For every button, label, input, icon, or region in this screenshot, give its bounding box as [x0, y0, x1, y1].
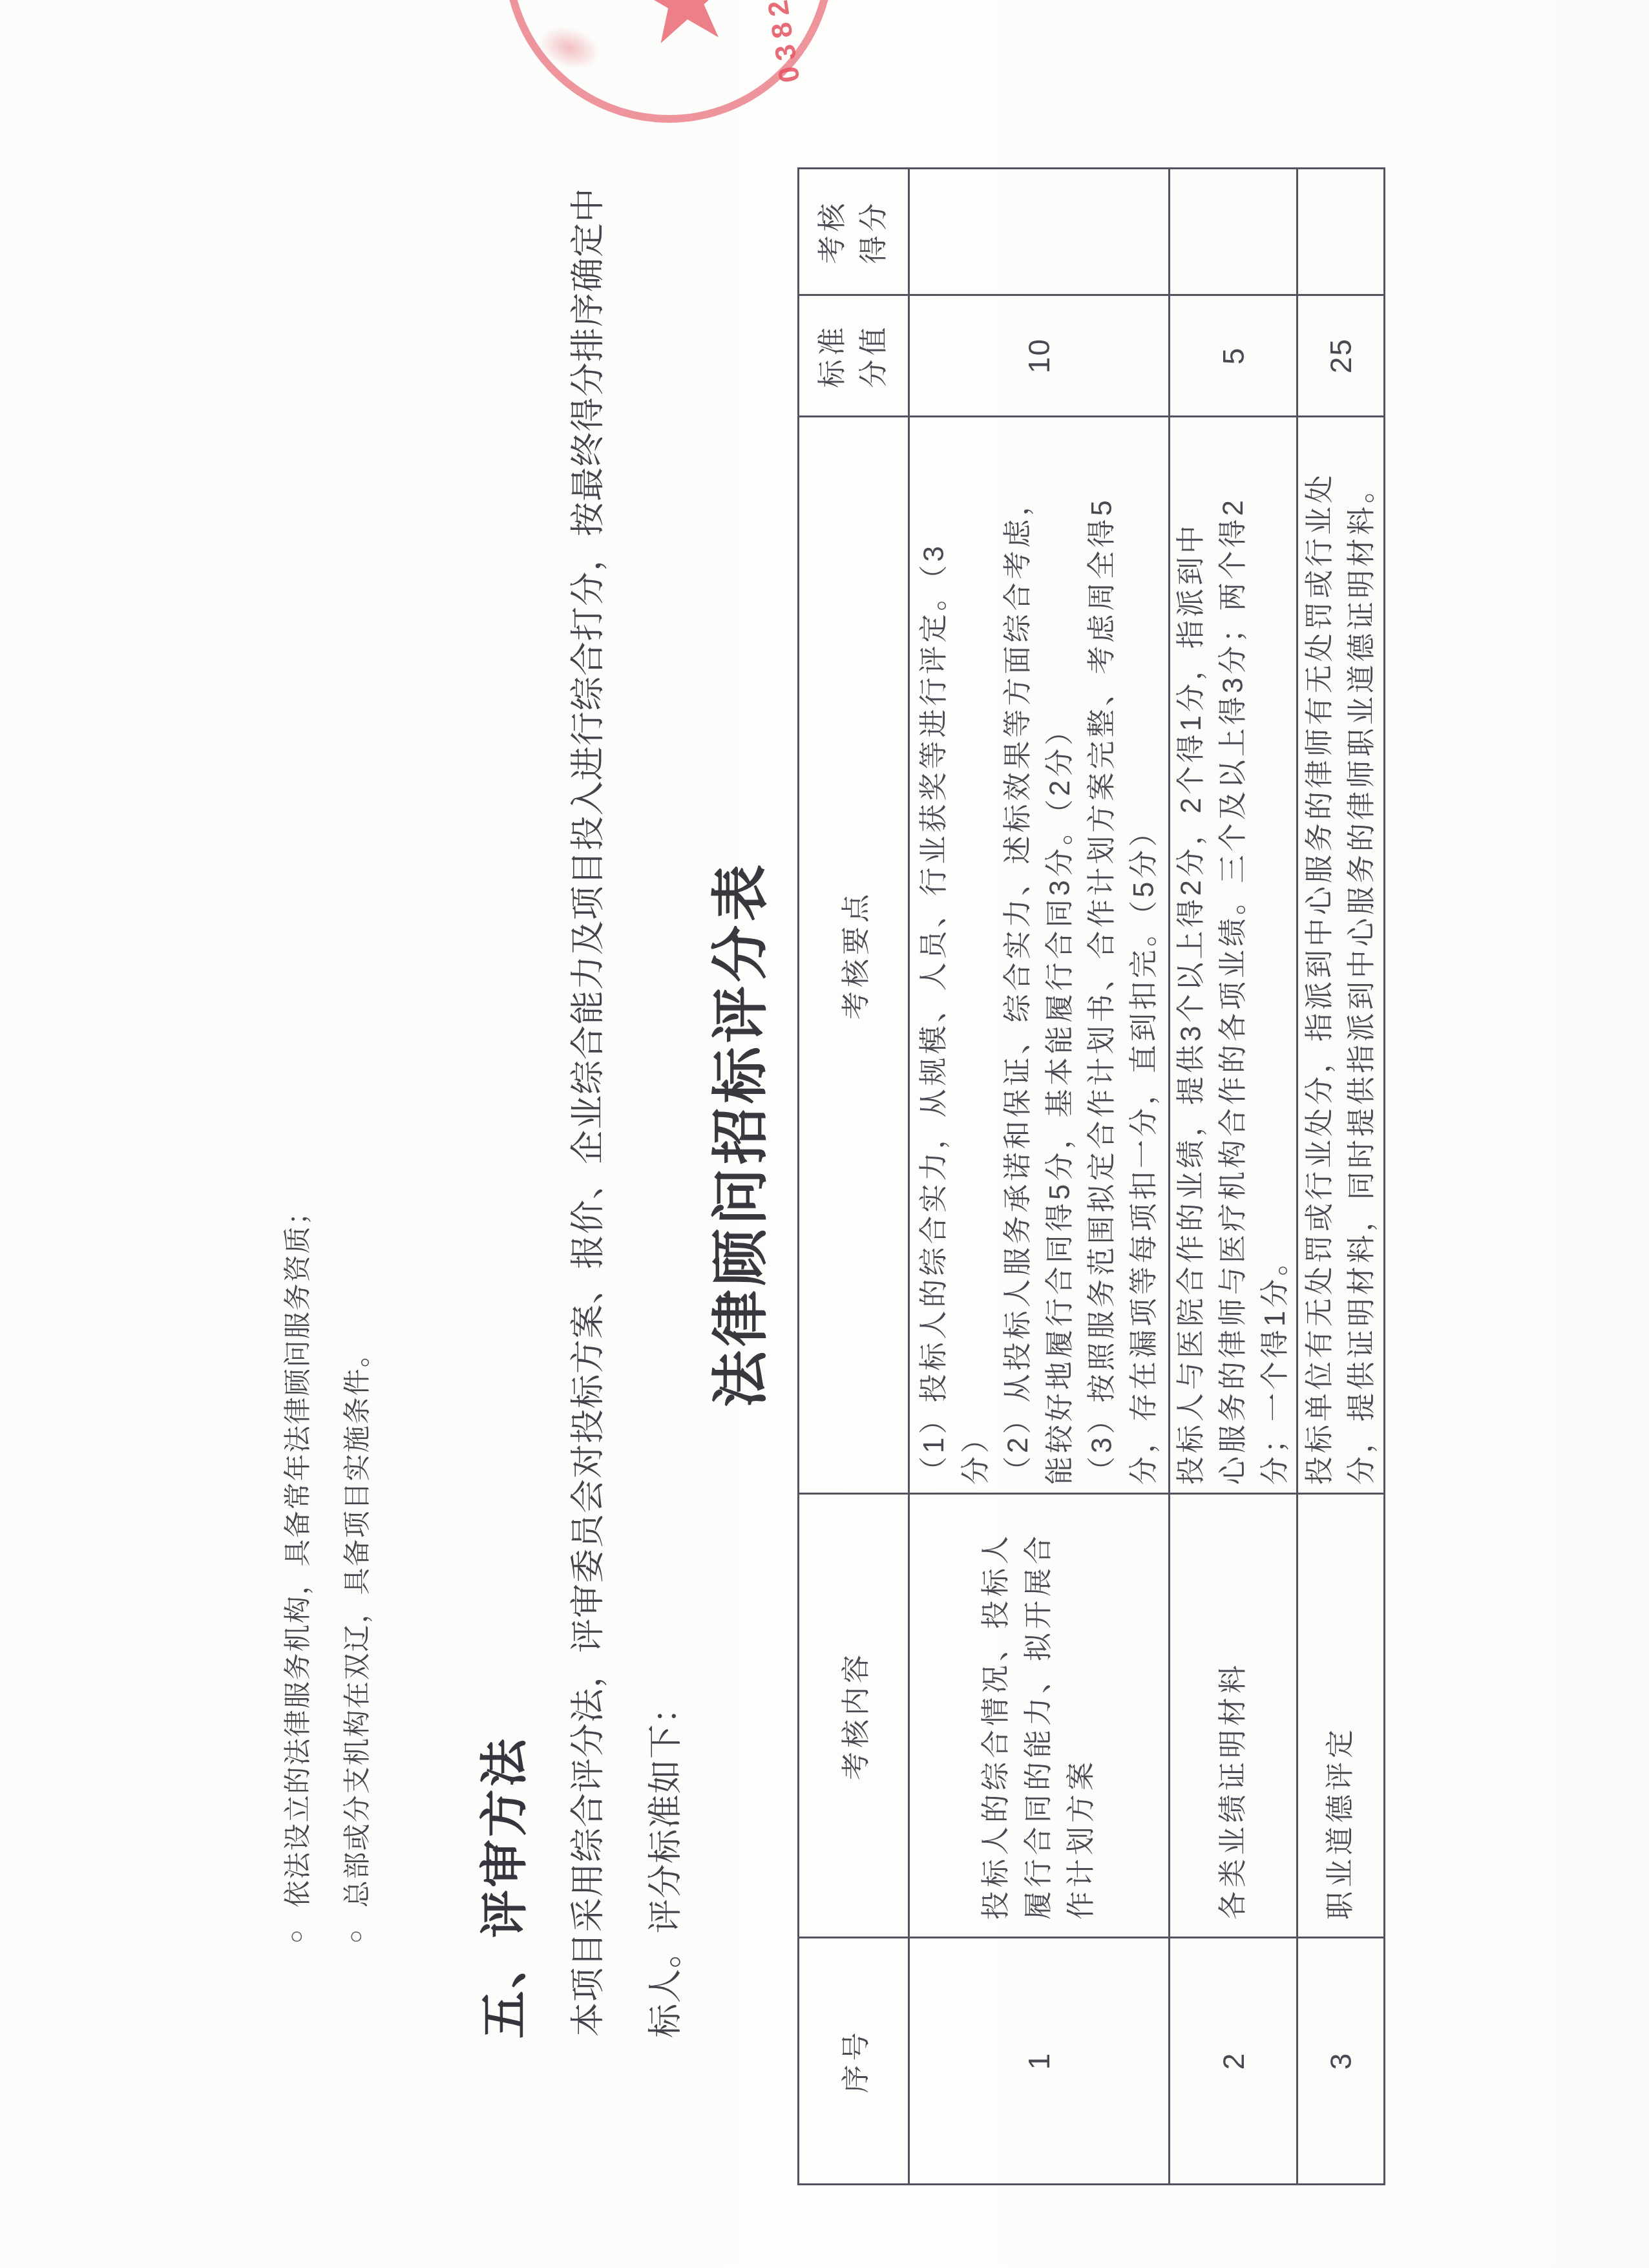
content-line: 作计划方案 — [1060, 1495, 1103, 1920]
point-line: （3）按照服务范围拟定合作计划书、合作计划方案完整、考虑周全得5 — [1081, 417, 1123, 1485]
table-header-row: 序号 考核内容 考核要点 标准 分值 考核 得分 — [799, 169, 909, 2185]
row-result — [1170, 169, 1297, 295]
circle-bullet-icon: ○ — [344, 1929, 367, 1944]
row-index: 1 — [909, 1938, 1170, 2185]
bullet-text: 总部或分支机构在双辽，具备项目实施条件。 — [336, 1339, 375, 1907]
header-result-line: 考核 — [812, 169, 854, 294]
bullet-item-2: ○ 总部或分支机构在双辽，具备项目实施条件。 — [336, 1339, 375, 1944]
row-score: 10 — [909, 295, 1170, 417]
point-line: 分；一个得1分。 — [1254, 417, 1296, 1485]
row-content: 各类业绩证明材料 — [1170, 1494, 1297, 1938]
point-line: 分，提供证明材料，同时提供指派到中心服务的律师职业道德证明材料。 — [1341, 417, 1383, 1485]
circle-bullet-icon: ○ — [284, 1929, 308, 1944]
table-row: 3 职业道德评定 投标单位有无处罚或行业处分，指派到中心服务的律师有无处罚或行业… — [1297, 169, 1385, 2185]
row-result — [1297, 169, 1385, 295]
content-line: 履行合同的能力、拟开展合 — [1018, 1495, 1060, 1920]
paragraph-line: 本项目采用综合评分法，评审委员会对投标方案、报价、企业综合能力及项目投入进行综合… — [561, 187, 610, 2037]
row-points: （1）投标人的综合实力，从规模、人员、行业获奖等进行评定。（3 分） （2）从投… — [909, 417, 1170, 1494]
point-line: （1）投标人的综合实力，从规模、人员、行业获奖等进行评定。（3 — [913, 417, 955, 1485]
table-row: 2 各类业绩证明材料 投标人与医院合作的业绩，提供3个以上得2分，2个得1分，指… — [1170, 169, 1297, 2185]
header-score-line: 分值 — [854, 296, 895, 415]
point-line: （2）从投标人服务承诺和保证、综合实力、述标效果等方面综合考虑， — [997, 417, 1039, 1485]
bullet-item-1: ○ 依法设立的法律服务机构，具备常年法律顾问服务资质； — [277, 1197, 315, 1944]
header-index: 序号 — [799, 1938, 909, 2185]
row-result — [909, 169, 1170, 295]
point-line: 能较好地履行合同得5分，基本能履行合同3分。（2分） — [1039, 417, 1081, 1485]
paragraph-line: 标人。评分标准如下： — [638, 1689, 688, 2038]
content-line: 各类业绩证明材料 — [1212, 1495, 1255, 1920]
content-line: 职业道德评定 — [1319, 1495, 1362, 1920]
point-line: 分，存在漏项等每项扣一分，直到扣完。（5分） — [1123, 417, 1165, 1485]
header-result-line: 得分 — [854, 169, 895, 294]
point-line: 投标单位有无处罚或行业处分，指派到中心服务的律师有无处罚或行业处 — [1299, 417, 1341, 1485]
row-points: 投标人与医院合作的业绩，提供3个以上得2分，2个得1分，指派到中 心服务的律师与… — [1170, 417, 1297, 1494]
row-score: 25 — [1297, 295, 1385, 417]
header-score-line: 标准 — [812, 296, 854, 415]
header-result: 考核 得分 — [799, 169, 909, 295]
row-content: 投标人的综合情况、投标人 履行合同的能力、拟开展合 作计划方案 — [909, 1494, 1170, 1938]
content-line: 投标人的综合情况、投标人 — [975, 1495, 1018, 1920]
section-heading: 五、评审方法 — [467, 1736, 535, 2039]
row-index: 2 — [1170, 1938, 1297, 2185]
header-score: 标准 分值 — [799, 295, 909, 417]
score-table: 序号 考核内容 考核要点 标准 分值 考核 得分 1 投标人的综合情况、投标人 … — [797, 167, 1385, 2185]
table-row: 1 投标人的综合情况、投标人 履行合同的能力、拟开展合 作计划方案 （1）投标人… — [909, 169, 1170, 2185]
row-score: 5 — [1170, 295, 1297, 417]
row-content: 职业道德评定 — [1297, 1494, 1385, 1938]
point-line: 心服务的律师与医疗机构合作的各项业绩。三个及以上得3分；两个得2 — [1212, 417, 1254, 1485]
row-points: 投标单位有无处罚或行业处分，指派到中心服务的律师有无处罚或行业处 分，提供证明材… — [1297, 417, 1385, 1494]
header-points: 考核要点 — [799, 417, 909, 1494]
point-line: 分） — [955, 417, 997, 1485]
table-title: 法律顾问招标评分表 — [695, 0, 777, 2268]
bullet-text: 依法设立的法律服务机构，具备常年法律顾问服务资质； — [277, 1197, 315, 1907]
header-content: 考核内容 — [799, 1494, 909, 1938]
document-page: ★ 0382 ○ 依法设立的法律服务机构，具备常年法律顾问服务资质； ○ 总部或… — [0, 0, 1649, 2268]
point-line: 投标人与医院合作的业绩，提供3个以上得2分，2个得1分，指派到中 — [1170, 417, 1212, 1485]
row-index: 3 — [1297, 1938, 1385, 2185]
scanned-page-canvas: ★ 0382 ○ 依法设立的法律服务机构，具备常年法律顾问服务资质； ○ 总部或… — [0, 0, 1649, 2268]
